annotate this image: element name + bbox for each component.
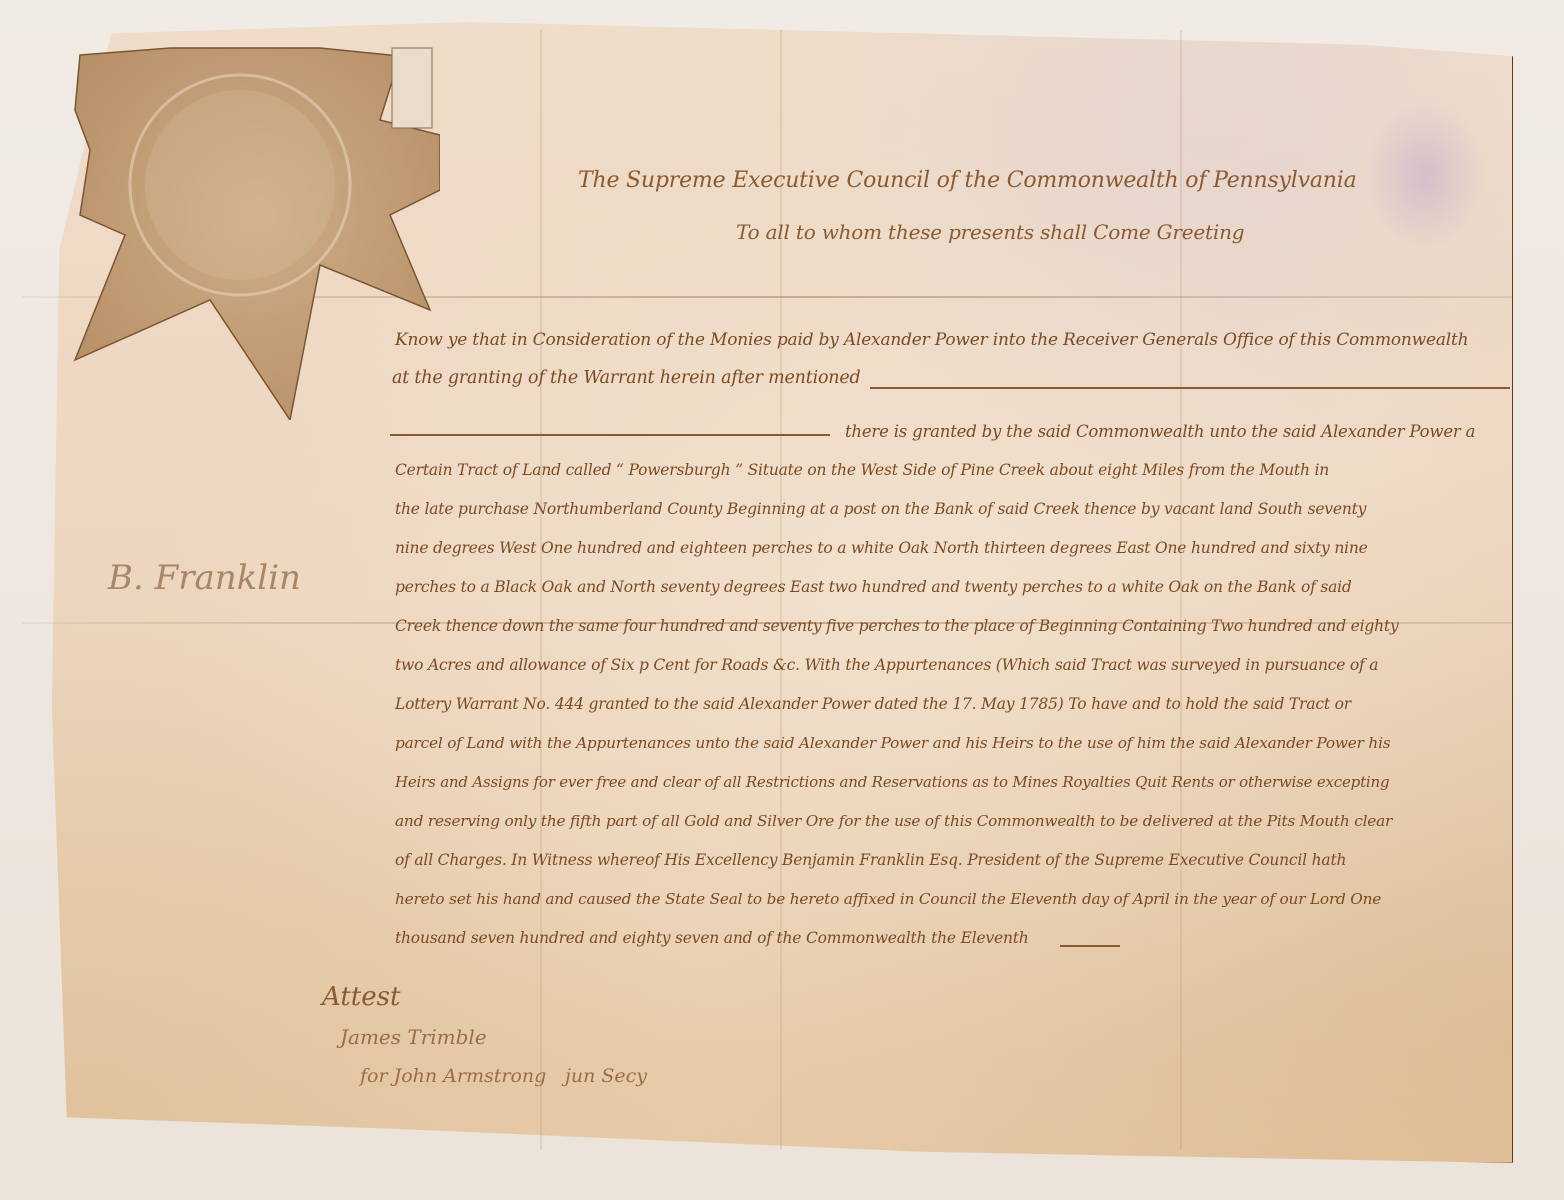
body-line-3: there is granted by the said Commonwealt… — [845, 422, 1475, 441]
body-line-15: hereto set his hand and caused the State… — [395, 890, 1381, 908]
body-line-5: the late purchase Northumberland County … — [395, 500, 1366, 518]
body-line-12: Heirs and Assigns for ever free and clea… — [395, 773, 1389, 791]
wax-seal-stain — [1365, 100, 1485, 250]
body-line-11: parcel of Land with the Appurtenances un… — [395, 734, 1390, 752]
body-line-13: and reserving only the fifth part of all… — [395, 812, 1392, 830]
attest-label: Attest — [322, 982, 400, 1012]
state-seal-star-icon — [20, 20, 440, 420]
secretary-signature: James Trimble — [340, 1025, 487, 1049]
body-line-8: Creek thence down the same four hundred … — [395, 617, 1398, 635]
document-salutation: To all to whom these presents shall Come… — [736, 220, 1244, 244]
for-line-signature: for John Armstrong — [360, 1065, 546, 1087]
line-filler-rule — [1060, 945, 1120, 947]
body-line-6: nine degrees West One hundred and eighte… — [395, 539, 1368, 557]
body-line-4: Certain Tract of Land called “ Powersbur… — [395, 461, 1329, 479]
line-filler-rule — [870, 387, 1510, 389]
franklin-signature: B. Franklin — [108, 558, 301, 598]
document-heading: The Supreme Executive Council of the Com… — [578, 168, 1357, 193]
body-line-10: Lottery Warrant No. 444 granted to the s… — [395, 695, 1351, 713]
line-filler-rule — [390, 434, 830, 436]
body-line-14: of all Charges. In Witness whereof His E… — [395, 851, 1346, 869]
body-line-7: perches to a Black Oak and North seventy… — [395, 578, 1352, 596]
body-line-1: Know ye that in Consideration of the Mon… — [395, 330, 1468, 350]
body-line-2: at the granting of the Warrant herein af… — [392, 368, 861, 388]
body-line-16: thousand seven hundred and eighty seven … — [395, 929, 1029, 947]
secretary-suffix: jun Secy — [565, 1065, 647, 1087]
body-line-9: two Acres and allowance of Six p Cent fo… — [395, 656, 1378, 674]
